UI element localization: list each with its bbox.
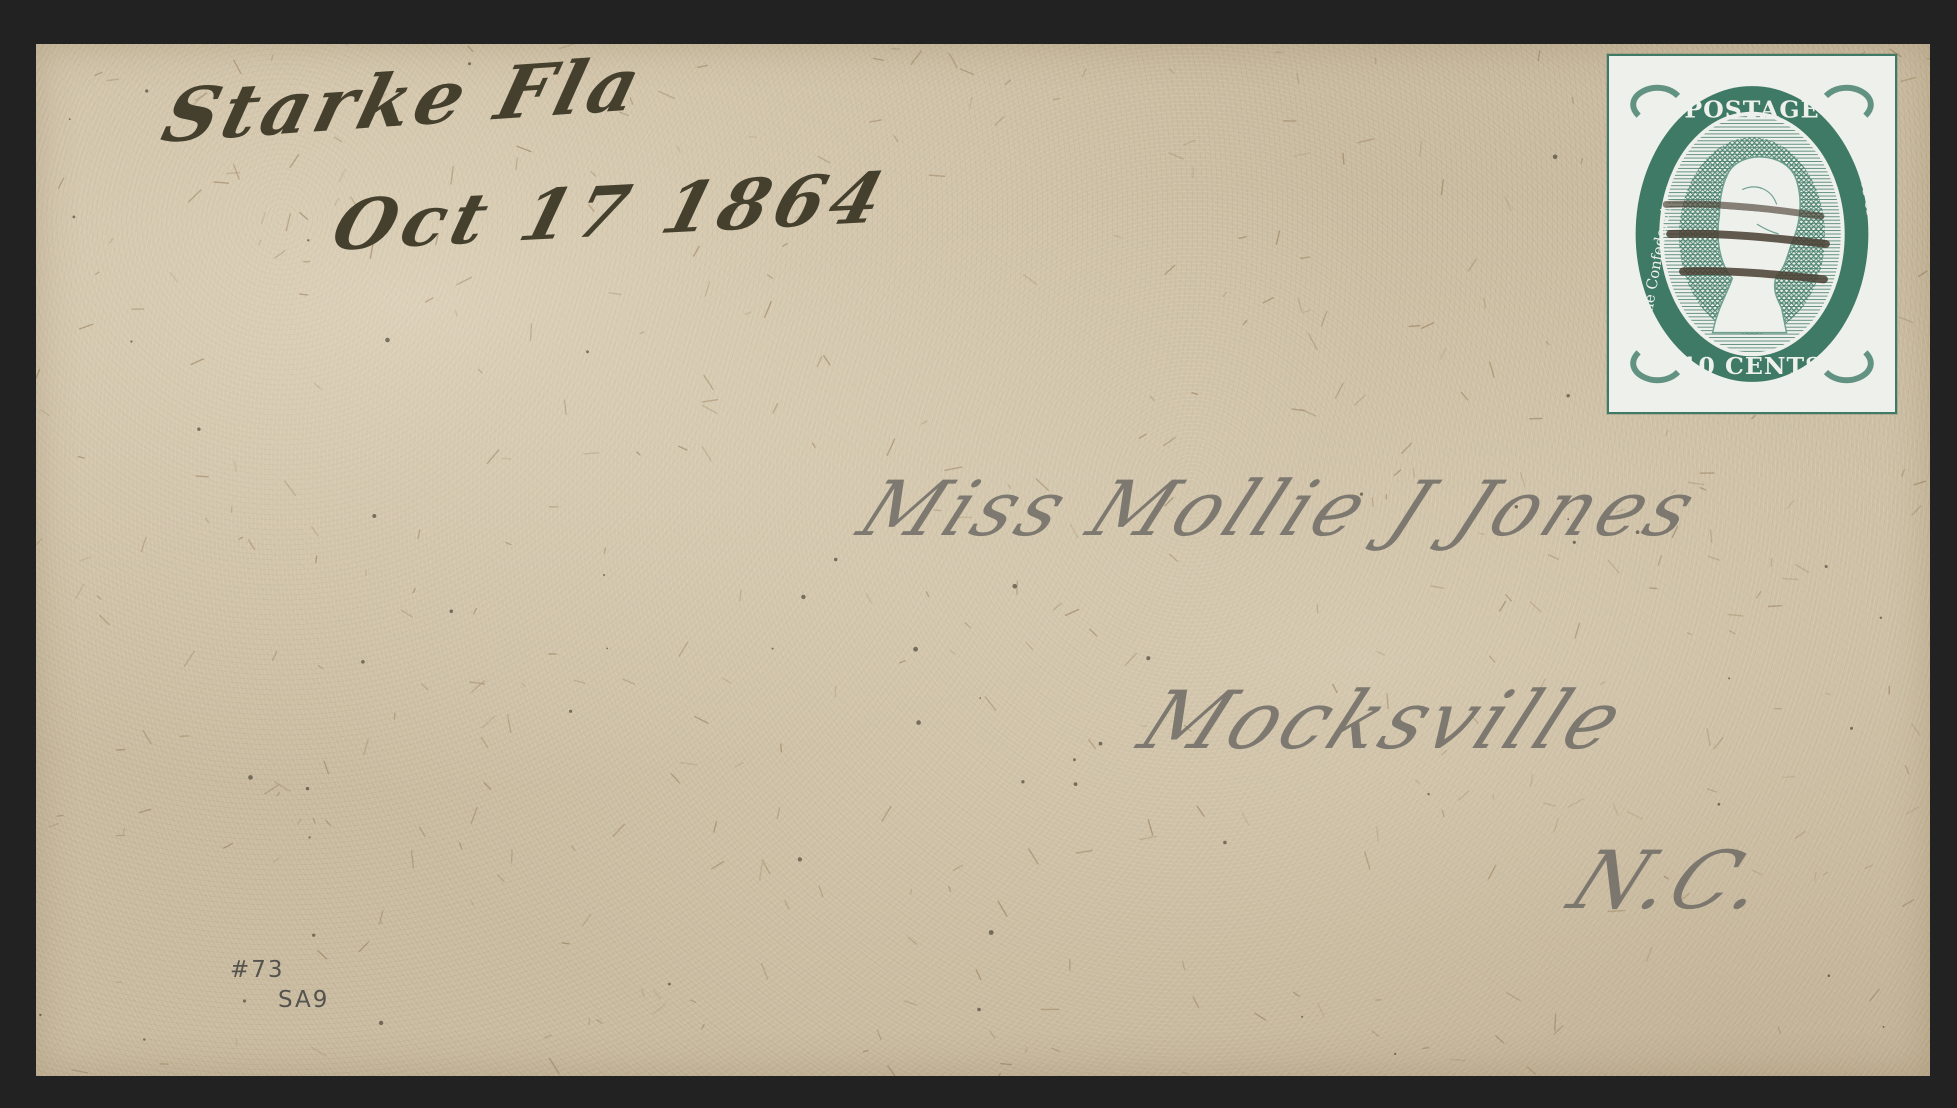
stamp-engraving: POSTAGE 10 CENTS The Confederate States …: [1609, 56, 1895, 412]
origin-date-manuscript: Oct 17 1864: [324, 156, 898, 267]
addressee-state: N.C.: [1556, 834, 1788, 927]
addressee-city: Mocksville: [1126, 674, 1641, 767]
stamp-top-label: POSTAGE: [1684, 96, 1819, 124]
origin-town-manuscript: Starke Fla: [154, 42, 653, 160]
catalog-number-note: #73: [230, 956, 285, 984]
addressee-name: Miss Mollie J Jones: [846, 464, 1714, 553]
envelope-cover: Starke Fla Oct 17 1864 Miss Mollie J Jon…: [36, 44, 1930, 1076]
stamp-value-label: 10 CENTS: [1681, 352, 1823, 380]
catalog-reference-note: SA9: [278, 986, 329, 1014]
postage-stamp: POSTAGE 10 CENTS The Confederate States …: [1607, 54, 1897, 414]
